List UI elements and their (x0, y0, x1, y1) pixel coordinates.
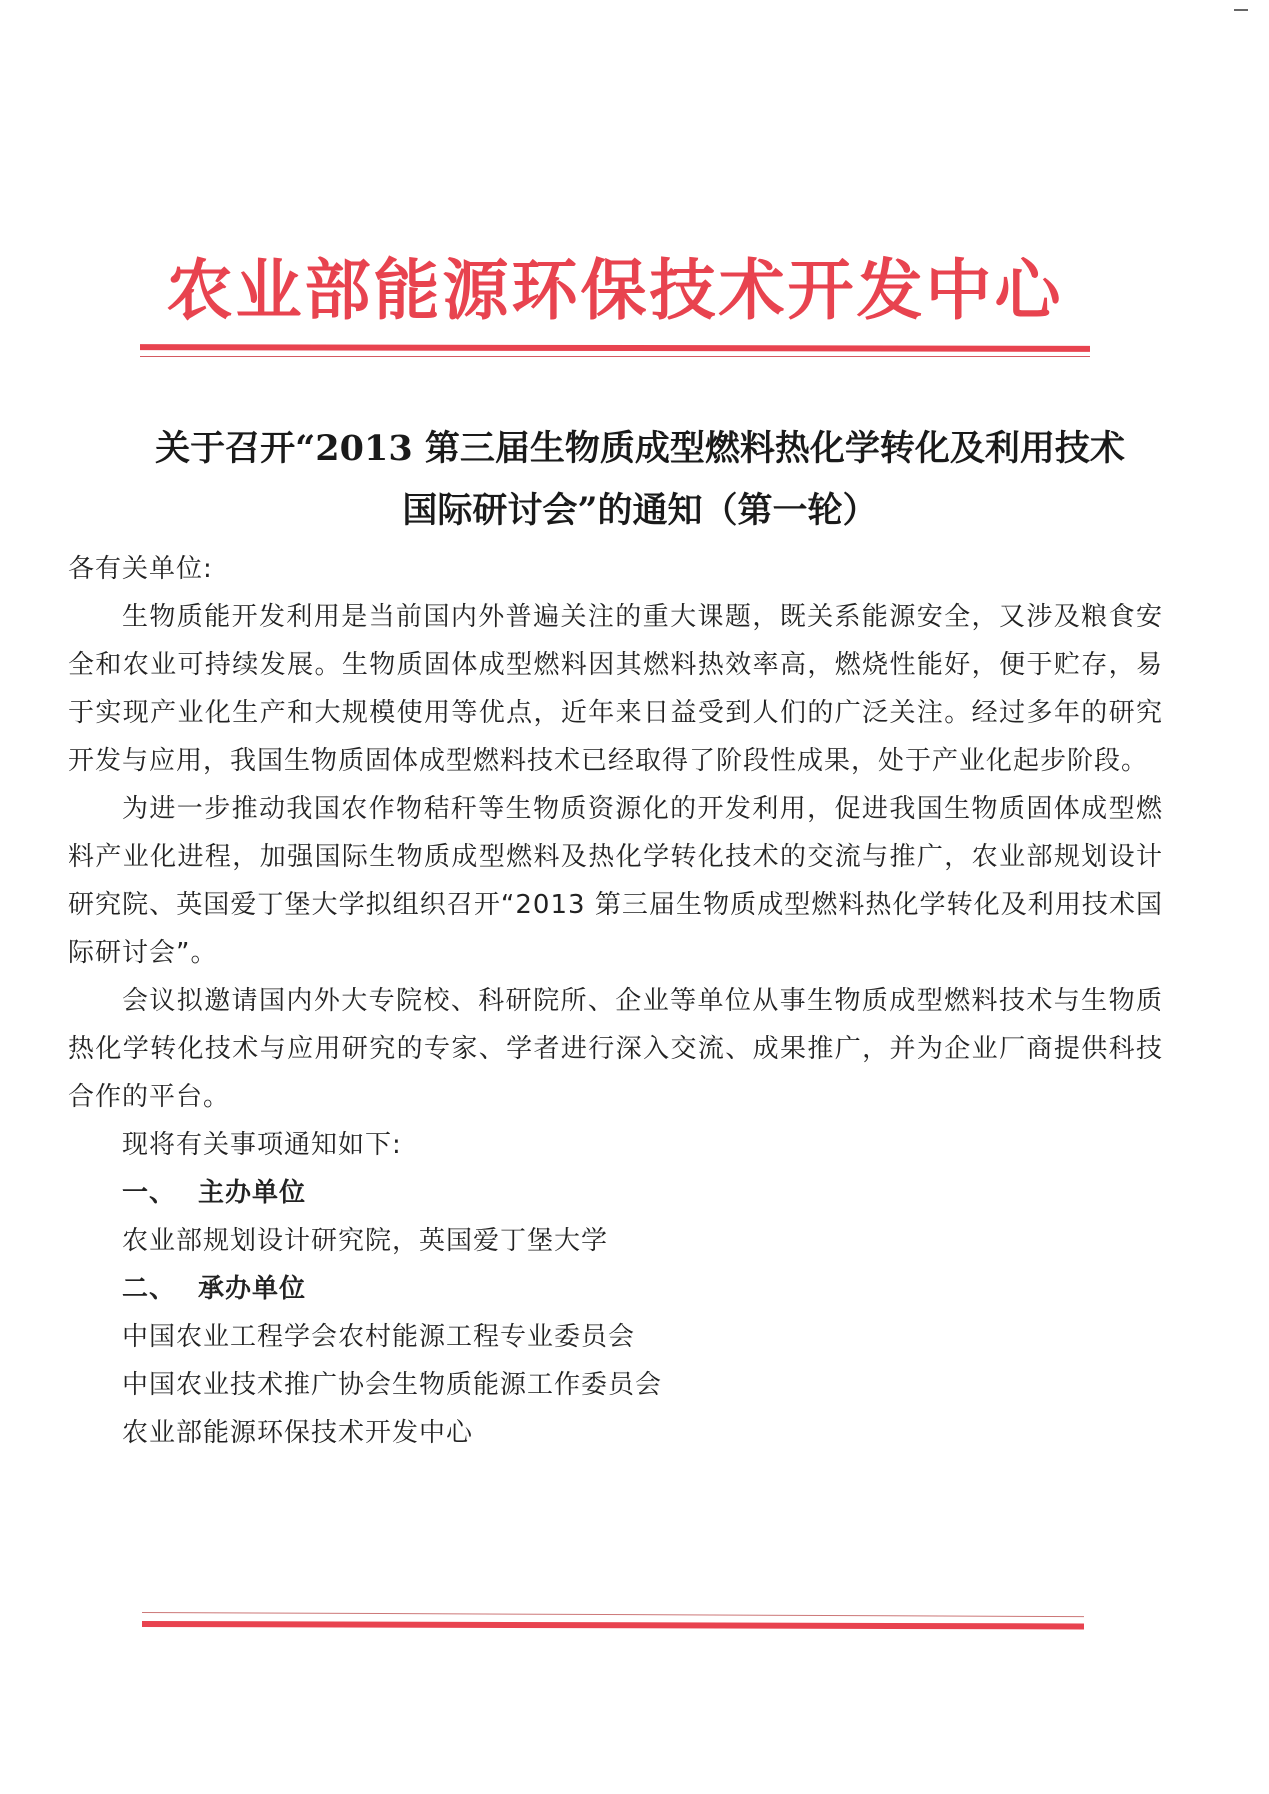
section-number: 一、 (122, 1169, 198, 1217)
list-item: 中国农业技术推广协会生物质能源工作委员会 (68, 1361, 1163, 1409)
paragraph: 为进一步推动我国农作物秸秆等生物质资源化的开发利用，促进我国生物质固体成型燃料产… (68, 785, 1163, 977)
paragraph: 现将有关事项通知如下: (68, 1121, 1163, 1169)
section-title: 主办单位 (198, 1178, 306, 1208)
letterhead-rule-thin (140, 356, 1090, 357)
footer-rule-thin (142, 1612, 1084, 1617)
paragraph: 会议拟邀请国内外大专院校、科研院所、企业等单位从事生物质成型燃料技术与生物质热化… (68, 977, 1163, 1121)
document-body: 各有关单位: 生物质能开发利用是当前国内外普遍关注的重大课题，既关系能源安全，又… (68, 545, 1163, 1457)
salutation: 各有关单位: (68, 545, 1163, 593)
section-title: 承办单位 (198, 1274, 306, 1304)
list-item: 农业部能源环保技术开发中心 (68, 1409, 1163, 1457)
letterhead-rule-thick (140, 344, 1090, 352)
paragraph: 生物质能开发利用是当前国内外普遍关注的重大课题，既关系能源安全，又涉及粮食安全和… (68, 593, 1163, 785)
letterhead-org-name: 农业部能源环保技术开发中心 (150, 250, 1080, 330)
document-title-line1: 关于召开“2013 第三届生物质成型燃料热化学转化及利用技术 (100, 418, 1180, 480)
scan-mark (1234, 9, 1248, 11)
list-item: 农业部规划设计研究院，英国爱丁堡大学 (68, 1217, 1163, 1265)
document-title-line2: 国际研讨会”的通知（第一轮） (100, 480, 1180, 542)
list-item: 中国农业工程学会农村能源工程专业委员会 (68, 1313, 1163, 1361)
footer-rule-thick (142, 1621, 1084, 1629)
document-title: 关于召开“2013 第三届生物质成型燃料热化学转化及利用技术 国际研讨会”的通知… (100, 418, 1180, 542)
section-heading-organizer: 二、承办单位 (68, 1265, 1163, 1313)
section-number: 二、 (122, 1265, 198, 1313)
section-heading-host: 一、主办单位 (68, 1169, 1163, 1217)
